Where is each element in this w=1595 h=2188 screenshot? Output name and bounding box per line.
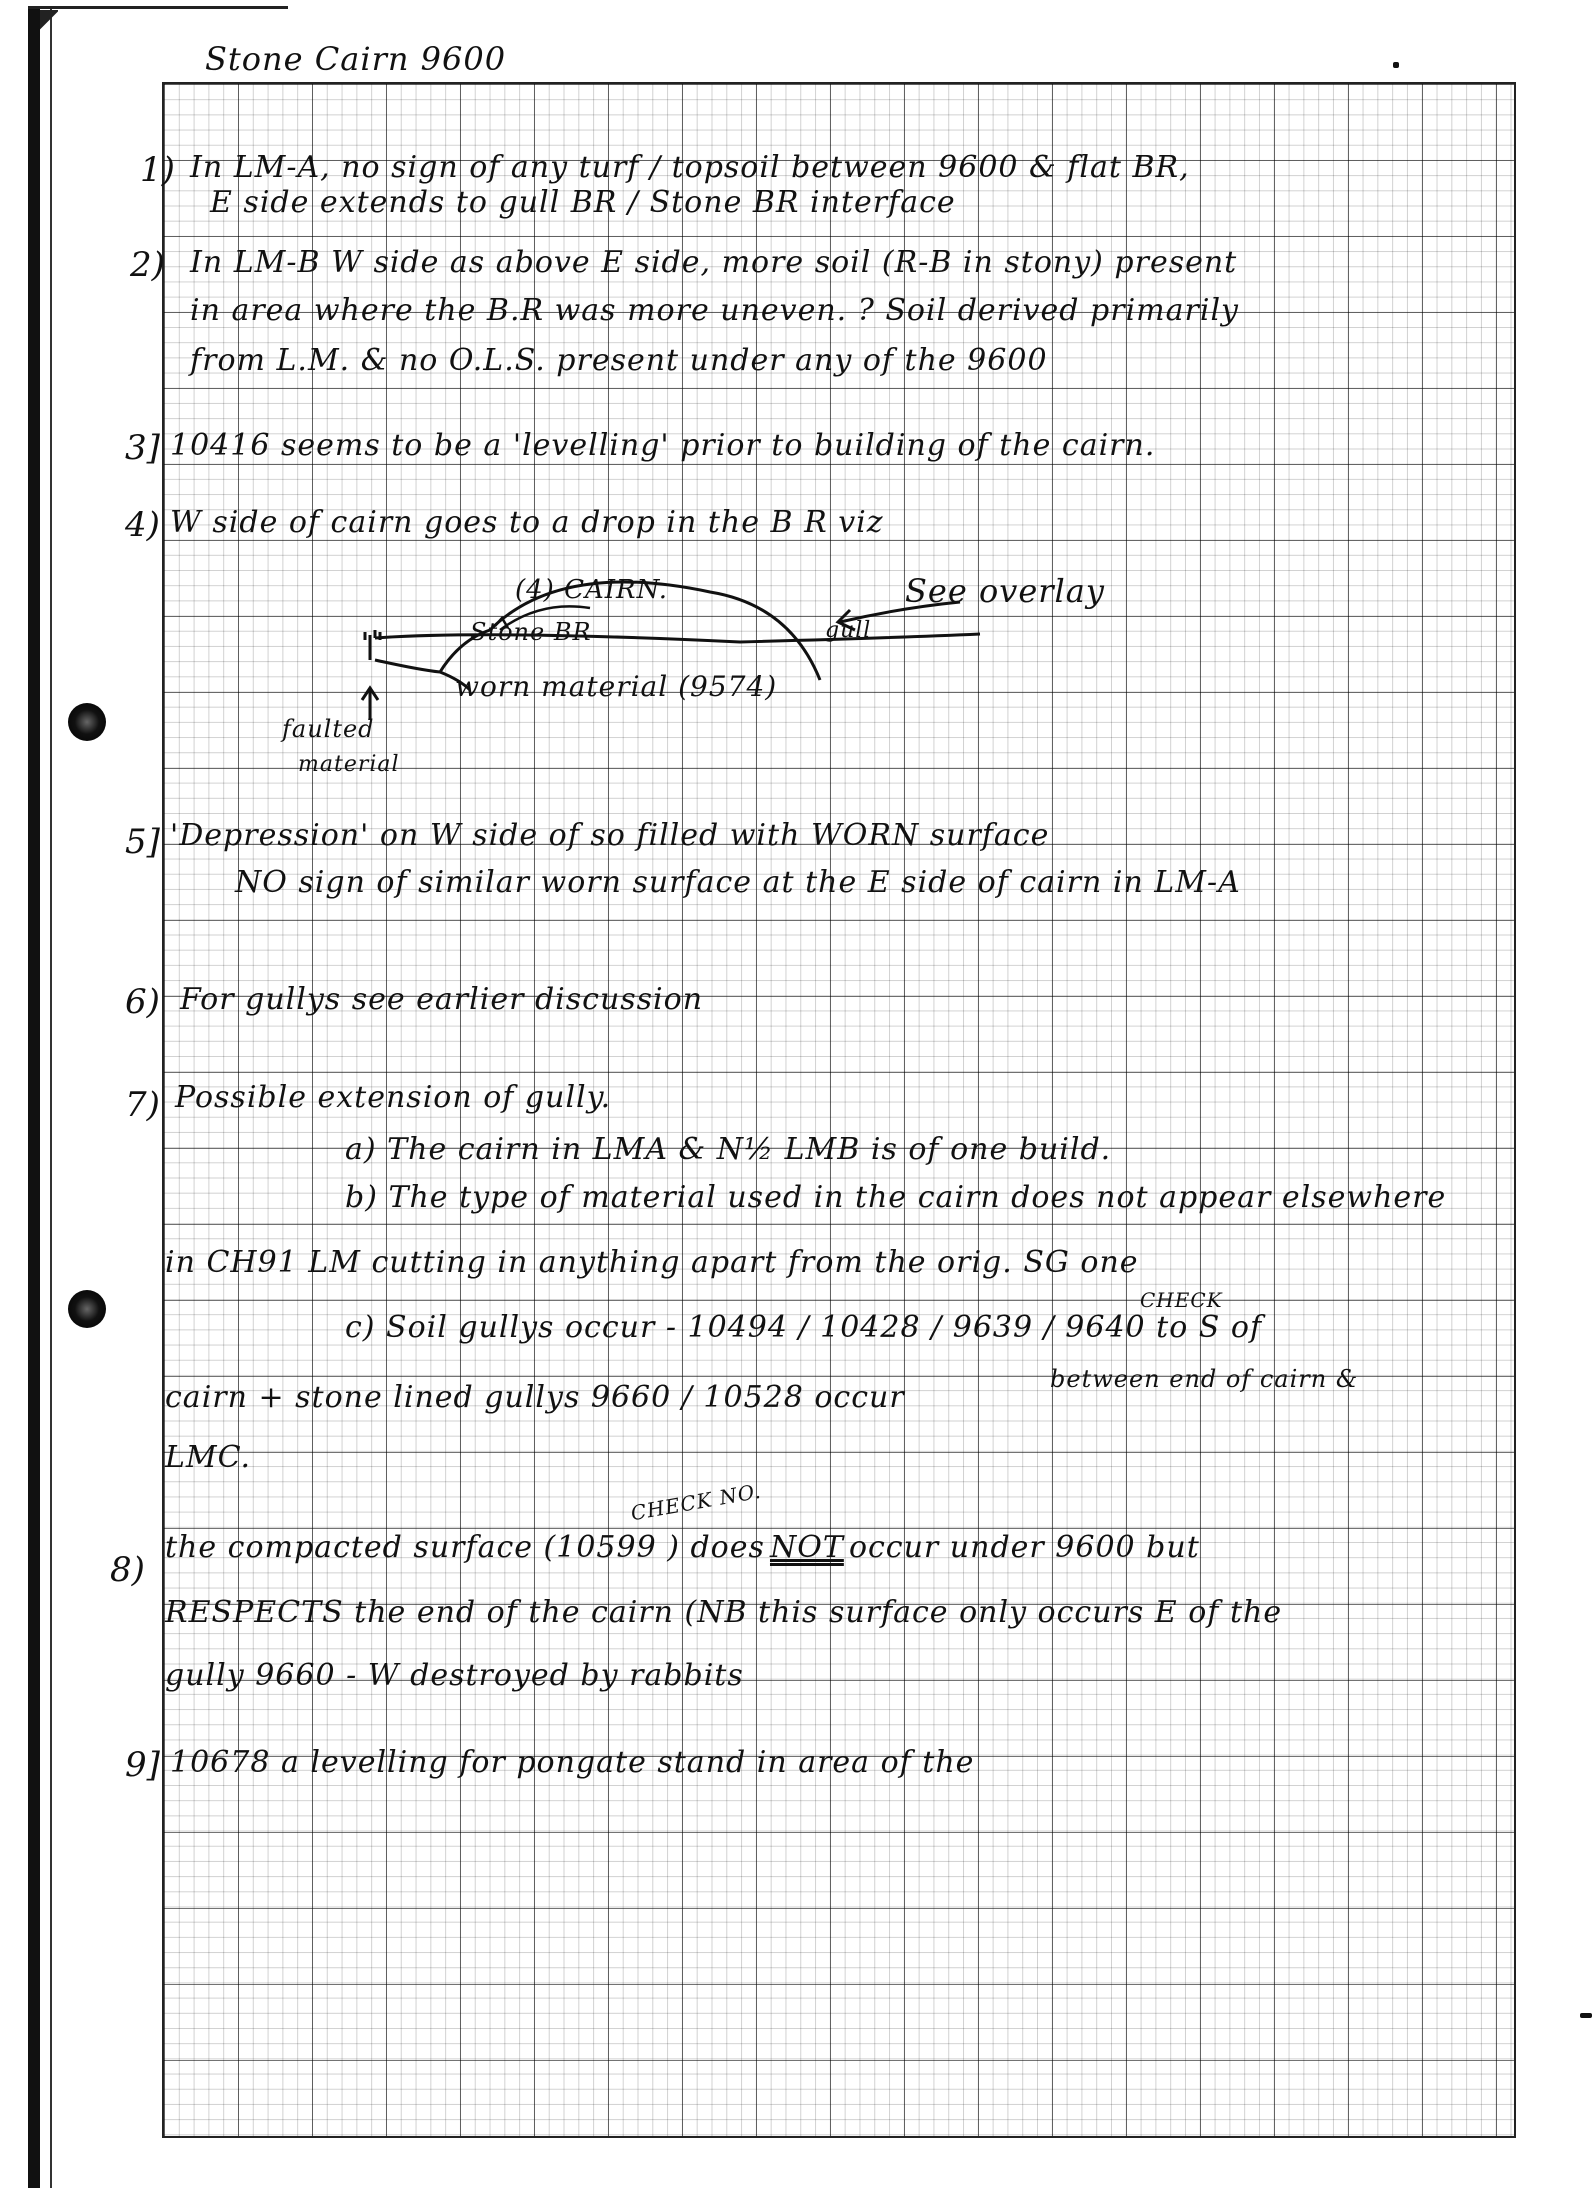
note-line: RESPECTS the end of the cairn (NB this s… bbox=[165, 1595, 1282, 1630]
note-line: LMC. bbox=[165, 1440, 251, 1475]
note-line: cairn + stone lined gullys 9660 / 10528 … bbox=[165, 1380, 905, 1415]
speck-mark bbox=[1580, 2013, 1592, 2018]
note-line: In LM-B W side as above E side, more soi… bbox=[190, 245, 1237, 280]
speck-mark bbox=[1393, 62, 1399, 68]
note-line: in CH91 LM cutting in anything apart fro… bbox=[165, 1245, 1139, 1280]
note-line: the compacted surface (10599 ) does NOT … bbox=[165, 1530, 1200, 1565]
note-text: occur under 9600 but bbox=[849, 1530, 1200, 1565]
note-line: c) Soil gullys occur - 10494 / 10428 / 9… bbox=[345, 1310, 1262, 1345]
note-line: b) The type of material used in the cair… bbox=[345, 1180, 1446, 1215]
note-line: W side of cairn goes to a drop in the B … bbox=[170, 505, 884, 540]
note-line: 10678 a levelling for pongate stand in a… bbox=[170, 1745, 974, 1780]
page-title: Stone Cairn 9600 bbox=[205, 40, 506, 78]
note-line: between end of cairn & bbox=[1050, 1365, 1358, 1393]
item-number: 7) bbox=[125, 1085, 160, 1125]
sketch-label-worn-material: worn material (9574) bbox=[455, 670, 777, 703]
note-line: Possible extension of gully. bbox=[175, 1080, 611, 1115]
scanned-page: Stone Cairn 9600 1) In LM-A, no sign of … bbox=[0, 0, 1595, 2188]
note-line: NO sign of similar worn surface at the E… bbox=[235, 865, 1241, 900]
note-line: In LM-A, no sign of any turf / topsoil b… bbox=[190, 150, 1190, 185]
check-annotation: CHECK bbox=[1140, 1288, 1223, 1312]
note-line: 10416 seems to be a 'levelling' prior to… bbox=[170, 428, 1155, 463]
folded-corner bbox=[40, 10, 58, 40]
note-line: a) The cairn in LMA & N½ LMB is of one b… bbox=[345, 1132, 1111, 1167]
scan-shadow-edge bbox=[28, 8, 40, 2188]
note-line: in area where the B.R was more uneven. ?… bbox=[190, 293, 1239, 328]
binder-hole-icon bbox=[68, 1290, 106, 1328]
note-line: from L.M. & no O.L.S. present under any … bbox=[190, 343, 1048, 378]
emphasis-not: NOT bbox=[770, 1530, 844, 1565]
sketch-label-gull: gull bbox=[825, 618, 871, 643]
note-line: E side extends to gull BR / Stone BR int… bbox=[210, 185, 956, 220]
sketch-label-faulted: faulted bbox=[282, 715, 375, 743]
item-number: 1) bbox=[140, 150, 175, 190]
sketch-label-material: material bbox=[298, 752, 400, 777]
note-line: For gullys see earlier discussion bbox=[180, 982, 703, 1017]
item-number: 6) bbox=[125, 982, 160, 1022]
item-number: 5] bbox=[125, 822, 160, 862]
note-line: gully 9660 - W destroyed by rabbits bbox=[165, 1658, 744, 1693]
sketch-label-see-overlay: See overlay bbox=[905, 572, 1105, 610]
item-number: 4) bbox=[125, 505, 160, 545]
item-number: 3] bbox=[125, 428, 160, 468]
sketch-label-cairn: (4) CAIRN. bbox=[515, 575, 668, 605]
item-number: 8) bbox=[110, 1550, 145, 1590]
note-text: the compacted surface (10599 ) does bbox=[165, 1530, 765, 1565]
sketch-label-stone-br: Stone BR bbox=[470, 618, 592, 646]
note-line: 'Depression' on W side of so filled with… bbox=[170, 818, 1049, 853]
item-number: 2) bbox=[130, 245, 165, 285]
scan-edge-line bbox=[50, 8, 52, 2188]
binder-hole-icon bbox=[68, 703, 106, 741]
scan-top-edge bbox=[28, 6, 288, 9]
item-number: 9] bbox=[125, 1745, 160, 1785]
